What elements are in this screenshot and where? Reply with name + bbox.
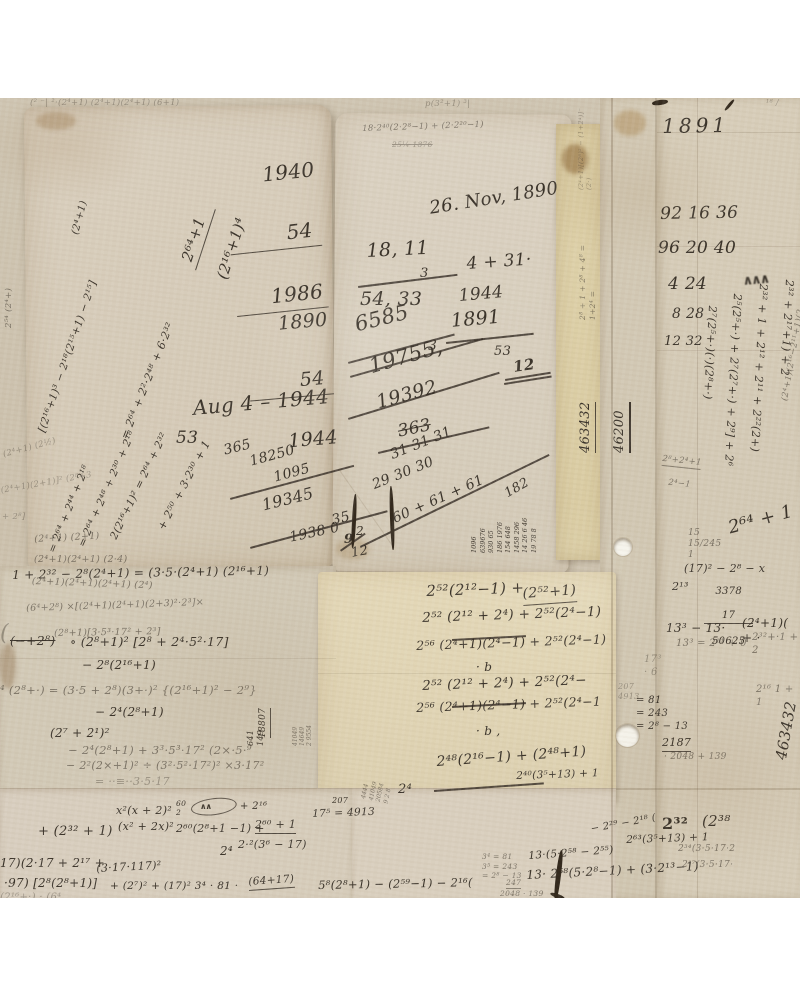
handwriting-fragment: 13³ − 13· — [666, 621, 726, 636]
handwriting-fragment: 13³ = 2¹¹ + 0 — [676, 638, 747, 651]
total-line: 46200 — [612, 402, 631, 453]
rotated-annotation: (2⁴+1)[(2⁸)² − (1+2⁴)]⁻ (2·) — [577, 100, 593, 190]
rotated-annotation: 2⁸ + 1 + 2⁸ + 4⁸ = 1+2⁴ = — [578, 240, 598, 320]
punch-hole — [614, 538, 632, 556]
formula-line: (2⁷ + 2¹)² — [50, 726, 110, 741]
formula-line: 2⁵²(2¹²−1) + — [426, 579, 525, 601]
handwriting-fragment: 25¼ 1876 — [392, 140, 433, 149]
formula-line: − 2²(2×+1)² ÷ (3²·5²·17²)² ×3·17² — [66, 759, 264, 773]
year-heading: 1891 — [662, 113, 729, 139]
handwriting-fragment: 2⁵⁴ (2⁴+) — [4, 288, 15, 328]
sum-line: 1944 — [458, 282, 504, 307]
sum-line: 18, 11 — [366, 237, 429, 264]
formula-line: 17)(2·17 + 2¹⁷ + — [0, 856, 105, 871]
handwriting-fragment: 2048 · 139 — [500, 889, 544, 898]
fraction-numerator: 2⁶⁰ + 1 — [255, 818, 296, 834]
formula-line: x²(x + 2)² — [116, 804, 172, 818]
brace-mark: ( — [0, 620, 9, 648]
formula-line: · b , — [476, 724, 500, 739]
fraction-denominator: 2⁴−1 — [659, 477, 699, 492]
handwriting-fragment: p(3²+1) ³| — [425, 99, 470, 110]
formula-line: 2³⁴(3·5·17·2 — [678, 844, 735, 855]
formula-line: (2³⁸ — [702, 812, 731, 831]
handwriting-fragment: 17³ · 6 — [644, 654, 662, 679]
handwriting-fragment: 53 — [176, 428, 198, 449]
handwriting-fragment: 2187 — [662, 736, 691, 752]
sum-line: 1890 — [243, 306, 329, 342]
handwriting-fragment: 15 15/245 1 — [688, 528, 721, 561]
handwriting-fragment: 2¹³ — [672, 580, 689, 594]
formula-line: − 2⁴(2⁸+1) — [95, 705, 164, 720]
paper-stain — [614, 110, 646, 136]
formula-line: (64+17) — [248, 873, 295, 891]
handwriting-fragment: + 2⁸] — [2, 512, 25, 523]
formula-line: (2¹⁶+·) · (6⁴ — [0, 892, 61, 898]
crease-horizontal — [616, 788, 800, 790]
formula-line: + 2¹⁶ — [240, 801, 267, 814]
number-table-row: 8 28 — [672, 306, 704, 324]
paper-stain — [36, 112, 76, 130]
fraction-denominator: 2·²(3⁶ − 17) — [238, 838, 307, 852]
handwriting-fragment: 2⁴ — [398, 782, 412, 798]
handwriting-fragment: 3⁴ = 81 3⁵ = 243 = 2⁸ − 13 — [482, 852, 522, 881]
sum-line: 54 — [227, 214, 322, 255]
fraction-numerator: 2⁸+2⁴+1 — [662, 454, 702, 471]
handwriting-fragment: ¹⁸ / — [766, 98, 779, 108]
manuscript-collage-scan: (² ⁻| ²·(2⁴+1) (2⁴+1)(2⁴+1) (6+1) p(3²+1… — [0, 0, 800, 1000]
formula-line: = ··≡··3·5·17 — [95, 775, 170, 789]
crease-horizontal — [0, 658, 336, 659]
number-table-row: 4 24 — [668, 274, 707, 295]
handwriting-fragment: 17⁵ = 4913 — [312, 806, 375, 821]
handwriting-fragment: · 2048 + 139 — [664, 752, 727, 763]
formula-line: − 2⁴(2⁸+1) + 3³·5³·17² (2×·5·⁹ — [68, 743, 252, 757]
formula-line: ⁴ (2⁸+·) = (3·5 + 2⁸)(3+·)² {(2¹⁶+1)² − … — [0, 683, 257, 697]
number-table-row: 92 16 36 — [660, 203, 738, 226]
formula-line: − 2⁸(2¹⁶+1) — [82, 658, 156, 673]
handwriting-fragment: (2⁴+1)(2⁴+1) (2·4) — [34, 554, 127, 566]
small-fraction: 60 2 — [176, 800, 186, 817]
sum-line: 1940 — [221, 154, 316, 193]
handwriting-fragment: (² ⁻| ²·(2⁴+1) (2⁴+1)(2⁴+1) (6+1) — [30, 98, 179, 109]
sum-line: 12 — [512, 355, 536, 377]
collage-area: (² ⁻| ²·(2⁴+1) (2⁴+1)(2⁴+1) (6+1) p(3²+1… — [0, 98, 800, 898]
rotated-number-columns: 41049 14649 2 9554 — [292, 725, 313, 746]
handwriting-fragment: = 81 = 243 = 2⁸ − 13 — [636, 694, 688, 733]
total-line: 463432 — [578, 402, 596, 453]
formula-line: (x² + 2x)² — [118, 820, 174, 834]
formula-line: 5⁸(2⁸+1) − (2⁵⁹−1) − 2¹⁶( — [318, 875, 473, 892]
formula-line: 2⁶⁰(2⁸+1 −1) + — [176, 822, 265, 836]
sum-line: 53 — [494, 344, 511, 360]
formula-line: (−+2⁸) — [10, 633, 55, 649]
small-fraction: 2⁸+2⁴+1 2⁴−1 — [658, 443, 703, 502]
formula-line: · b — [476, 660, 492, 675]
formula-line: (2⁵²+1) — [522, 582, 577, 605]
handwriting-fragment: 2⁴ — [220, 844, 233, 859]
rotated-number: 18807 — [258, 708, 271, 738]
handwriting-fragment: 247 — [506, 878, 521, 889]
seam-vertical — [611, 98, 613, 898]
formula-line: ∘ (2⁸+1)² [2⁸ + 2⁴·5²·17] — [70, 634, 229, 650]
formula-line: + (2³² + 1) — [38, 824, 113, 840]
crease-horizontal — [0, 788, 616, 789]
sum-line: 1891 — [450, 306, 501, 334]
number-table-row: 12 32 — [664, 334, 703, 350]
rotated-total: 463432 46200 — [562, 402, 647, 453]
handwriting-fragment: 4 + 31· — [466, 249, 532, 275]
formula-line: + (2⁷)² + (17)² 3⁴ · 81 · — [110, 880, 238, 893]
number-table-row: 96 20 40 — [658, 238, 736, 259]
handwriting-fragment: 207 — [332, 796, 348, 806]
handwriting-fragment: 2³²+·1 + 2 — [752, 632, 800, 657]
fraction-part: 3378 — [704, 586, 753, 598]
rotated-number-columns: 1096 639676 930 65 186 1976 154 648 1458… — [470, 518, 538, 553]
formula-line: ·97) [2⁸(2⁸+1)] — [4, 876, 97, 891]
seam-vertical — [655, 98, 657, 898]
